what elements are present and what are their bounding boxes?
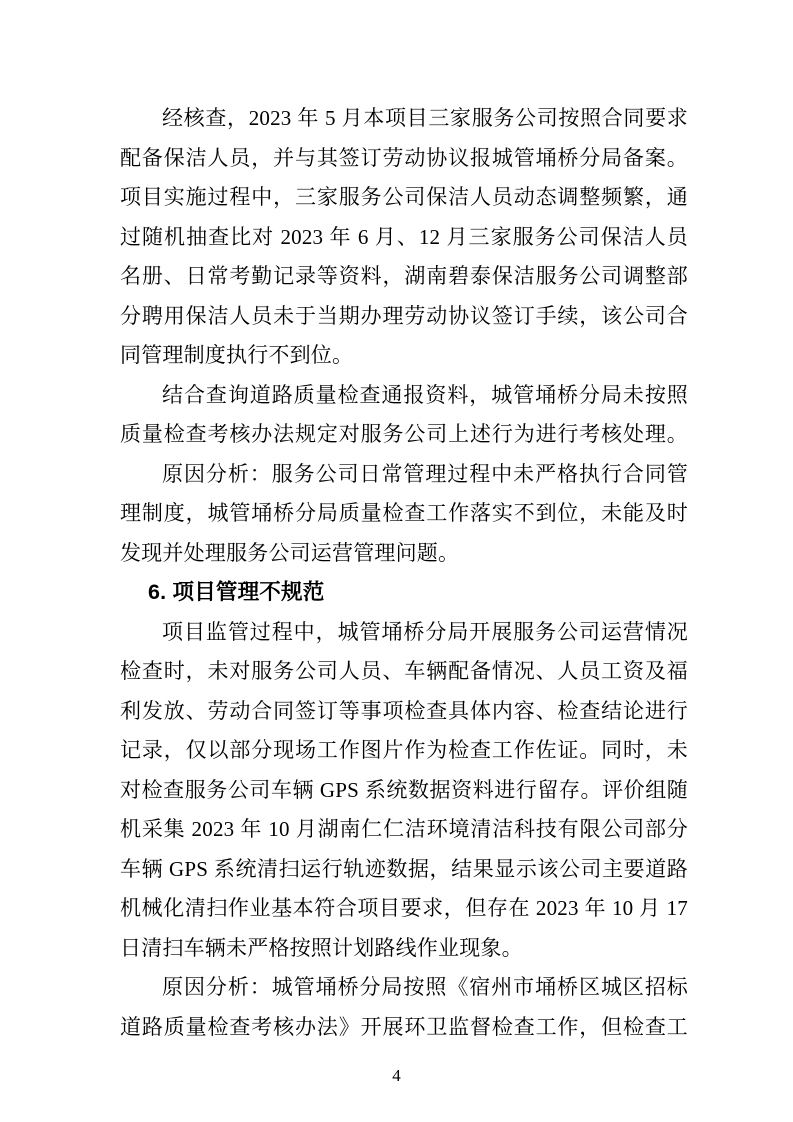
text-line: 6. 项目管理不规范 [120,573,688,613]
document-page: 经核查，2023 年 5 月本项目三家服务公司按照合同要求配备保洁人员，并与其签… [0,0,793,1122]
text-line: 道路质量检查考核办法》开展环卫监督检查工作，但检查工 [120,1008,688,1048]
text-line: 机采集 2023 年 10 月湖南仁仁洁环境清洁科技有限公司部分 [120,810,688,850]
page-number: 4 [0,1064,793,1088]
paragraph: 原因分析：城管埇桥分局按照《宿州市埇桥区城区招标道路质量检查考核办法》开展环卫监… [120,968,688,1047]
text-line: 质量检查考核办法规定对服务公司上述行为进行考核处理。 [120,415,688,455]
text-line: 原因分析：城管埇桥分局按照《宿州市埇桥区城区招标 [120,968,688,1008]
text-line: 配备保洁人员，并与其签订劳动协议报城管埇桥分局备案。 [120,139,688,179]
paragraph: 项目监管过程中，城管埇桥分局开展服务公司运营情况检查时，未对服务公司人员、车辆配… [120,613,688,969]
text-line: 项目实施过程中，三家服务公司保洁人员动态调整频繁，通 [120,178,688,218]
text-line: 经核查，2023 年 5 月本项目三家服务公司按照合同要求 [120,99,688,139]
text-line: 项目监管过程中，城管埇桥分局开展服务公司运营情况 [120,613,688,653]
text-line: 检查时，未对服务公司人员、车辆配备情况、人员工资及福 [120,652,688,692]
section-heading: 6. 项目管理不规范 [120,573,688,613]
paragraph: 经核查，2023 年 5 月本项目三家服务公司按照合同要求配备保洁人员，并与其签… [120,99,688,376]
text-line: 过随机抽查比对 2023 年 6 月、12 月三家服务公司保洁人员 [120,218,688,258]
text-line: 同管理制度执行不到位。 [120,336,688,376]
text-line: 理制度，城管埇桥分局质量检查工作落实不到位，未能及时 [120,494,688,534]
text-line: 对检查服务公司车辆 GPS 系统数据资料进行留存。评价组随 [120,771,688,811]
text-line: 车辆 GPS 系统清扫运行轨迹数据，结果显示该公司主要道路 [120,850,688,890]
text-line: 分聘用保洁人员未于当期办理劳动协议签订手续，该公司合 [120,297,688,337]
text-line: 结合查询道路质量检查通报资料，城管埇桥分局未按照 [120,376,688,416]
text-line: 发现并处理服务公司运营管理问题。 [120,534,688,574]
text-line: 日清扫车辆未严格按照计划路线作业现象。 [120,929,688,969]
text-line: 原因分析：服务公司日常管理过程中未严格执行合同管 [120,455,688,495]
text-line: 名册、日常考勤记录等资料，湖南碧泰保洁服务公司调整部 [120,257,688,297]
text-line: 记录，仅以部分现场工作图片作为检查工作佐证。同时，未 [120,731,688,771]
document-body: 经核查，2023 年 5 月本项目三家服务公司按照合同要求配备保洁人员，并与其签… [120,99,688,1047]
text-line: 利发放、劳动合同签订等事项检查具体内容、检查结论进行 [120,692,688,732]
text-line: 机械化清扫作业基本符合项目要求，但存在 2023 年 10 月 17 [120,889,688,929]
paragraph: 原因分析：服务公司日常管理过程中未严格执行合同管理制度，城管埇桥分局质量检查工作… [120,455,688,574]
paragraph: 结合查询道路质量检查通报资料，城管埇桥分局未按照质量检查考核办法规定对服务公司上… [120,376,688,455]
